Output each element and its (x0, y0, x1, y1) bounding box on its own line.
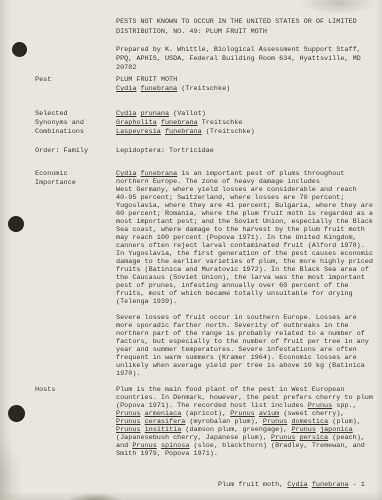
text-line: PLUM FRUIT MOTH (116, 76, 230, 85)
text-line: northern part of the range is probably r… (116, 330, 373, 338)
text-line: 20782 (116, 64, 361, 73)
text-line: (Telenga 1939). (116, 298, 373, 306)
text-line: unlikely when average yield per tree is … (116, 362, 373, 370)
section-content: Cydia prunana (Vallot)Grapholita funebra… (116, 110, 255, 137)
text-line: Lepidoptera: Tortricidae (116, 147, 214, 156)
text-line: Plum fruit moth, Cydia funebrana - 1 (218, 481, 365, 490)
paragraph: Severe losses of fruit occur in southern… (116, 314, 373, 378)
text-line: Prunus insititia (damson plum, greengage… (116, 426, 373, 434)
text-line: West Germany, where yield losses are con… (116, 186, 373, 194)
paragraph: Lepidoptera: Tortricidae (116, 147, 214, 156)
section-content: PLUM FRUIT MOTHCydia funebrana (Treitsch… (116, 76, 230, 94)
text-line: northern Europe. The zone of heavy damag… (116, 178, 373, 186)
text-line: may reach 100 percent (Popova 1971). In … (116, 234, 373, 242)
section-label: Pest (35, 76, 51, 85)
hole-punch-icon (8, 216, 24, 232)
text-line: Cydia funebrana (Treitschke) (116, 85, 230, 94)
text-line: Smith 1979, Popova 1971). (116, 450, 373, 458)
text-line: 40-95 percent; Switzerland, where losses… (116, 194, 373, 202)
text-line: PPQ, APHIS, USDA, Federal Building Room … (116, 55, 361, 64)
hole-punch-icon (8, 405, 25, 422)
text-line: Prunus armeniaca (apricot), Prunus avium… (116, 410, 373, 418)
scanned-document-page: PESTS NOT KNOWN TO OCCUR IN THE UNITED S… (0, 0, 382, 500)
text-line: frequent in warm summers (Kramer 1964). … (116, 354, 373, 362)
text-line: (Japanesebush cherry, Japanese plum), Pr… (116, 434, 373, 442)
text-line: year and summer temperatures. Severe inf… (116, 346, 373, 354)
text-line: Combinations (35, 128, 84, 137)
section-label: EconomicImportance (35, 170, 76, 188)
section-content: Cydia funebrana is an important pest of … (116, 170, 373, 378)
section-content: Lepidoptera: Tortricidae (116, 147, 214, 156)
page-footer: Plum fruit moth, Cydia funebrana - 1 (218, 481, 365, 490)
text-line: Prunus cerasifera (myrobalan plum), Prun… (116, 418, 373, 426)
section-content: Plum is the main food plant of the pest … (116, 386, 373, 458)
text-line: Importance (35, 179, 76, 188)
text-line: most important pest; and the Soviet Unio… (116, 218, 373, 226)
prepared-by-text: Prepared by K. Whittle, Biological Asses… (116, 46, 361, 73)
text-line: Plum is the main food plant of the pest … (116, 386, 373, 394)
text-line: 1970). (116, 370, 373, 378)
text-line: the Caucasus (Soviet Union), the larva w… (116, 274, 373, 282)
text-line: 60 percent; Romania, where the plum frui… (116, 210, 373, 218)
text-line: PESTS NOT KNOWN TO OCCUR IN THE UNITED S… (116, 17, 357, 27)
text-line: Economic (35, 170, 76, 179)
section-label: Hosts (35, 386, 55, 395)
text-line: Synonyms and (35, 119, 84, 128)
text-line: Severe losses of fruit occur in southern… (116, 314, 373, 322)
document-title: PESTS NOT KNOWN TO OCCUR IN THE UNITED S… (116, 17, 357, 37)
text-line: factors, but especially to the number of… (116, 338, 373, 346)
paragraph: Cydia prunana (Vallot)Grapholita funebra… (116, 110, 255, 137)
text-line: Hosts (35, 386, 55, 395)
text-line: fruits, most of which became totally uns… (116, 290, 373, 298)
text-line: canners often reject larval contaminated… (116, 242, 373, 250)
text-line: damage to the earlier varieties of plum,… (116, 258, 373, 266)
text-line: Cydia funebrana is an important pest of … (116, 170, 373, 178)
text-line: DISTRIBUTION, NO. 49: PLUM FRUIT MOTH (116, 27, 357, 37)
paragraph: Plum is the main food plant of the pest … (116, 386, 373, 458)
text-line: Grapholita funebrana Treitschke (116, 119, 255, 128)
section-label: Order: Family (35, 147, 88, 156)
text-line: In Yugoslavia, the first generation of t… (116, 250, 373, 258)
text-line: Yugoslavia, where they are 41 percent; B… (116, 202, 373, 210)
text-line: pest of prunes, infesting annually over … (116, 282, 373, 290)
paragraph: Cydia funebrana is an important pest of … (116, 170, 373, 306)
text-line: Cydia prunana (Vallot) (116, 110, 255, 119)
text-line: Sea coast, where damage to the harvest b… (116, 226, 373, 234)
text-line: Pest (35, 76, 51, 85)
hole-punch-icon (12, 42, 27, 57)
text-line: countries. In Denmark, however, the pest… (116, 394, 373, 402)
text-line: Prepared by K. Whittle, Biological Asses… (116, 46, 361, 55)
text-line: Selected (35, 110, 84, 119)
paragraph: PLUM FRUIT MOTHCydia funebrana (Treitsch… (116, 76, 230, 94)
section-label: SelectedSynonyms andCombinations (35, 110, 84, 137)
text-line: more sporadic farther north. Severity of… (116, 322, 373, 330)
text-line: and Prunus spinosa (sloe, blackthorn) (B… (116, 442, 373, 450)
text-line: (Popova 1971). The recorded host list in… (116, 402, 373, 410)
text-line: Laspeyresia funebrana (Treitschke) (116, 128, 255, 137)
text-line: fruits (Batinica and Muratovic 1972). In… (116, 266, 373, 274)
text-line: Order: Family (35, 147, 88, 156)
